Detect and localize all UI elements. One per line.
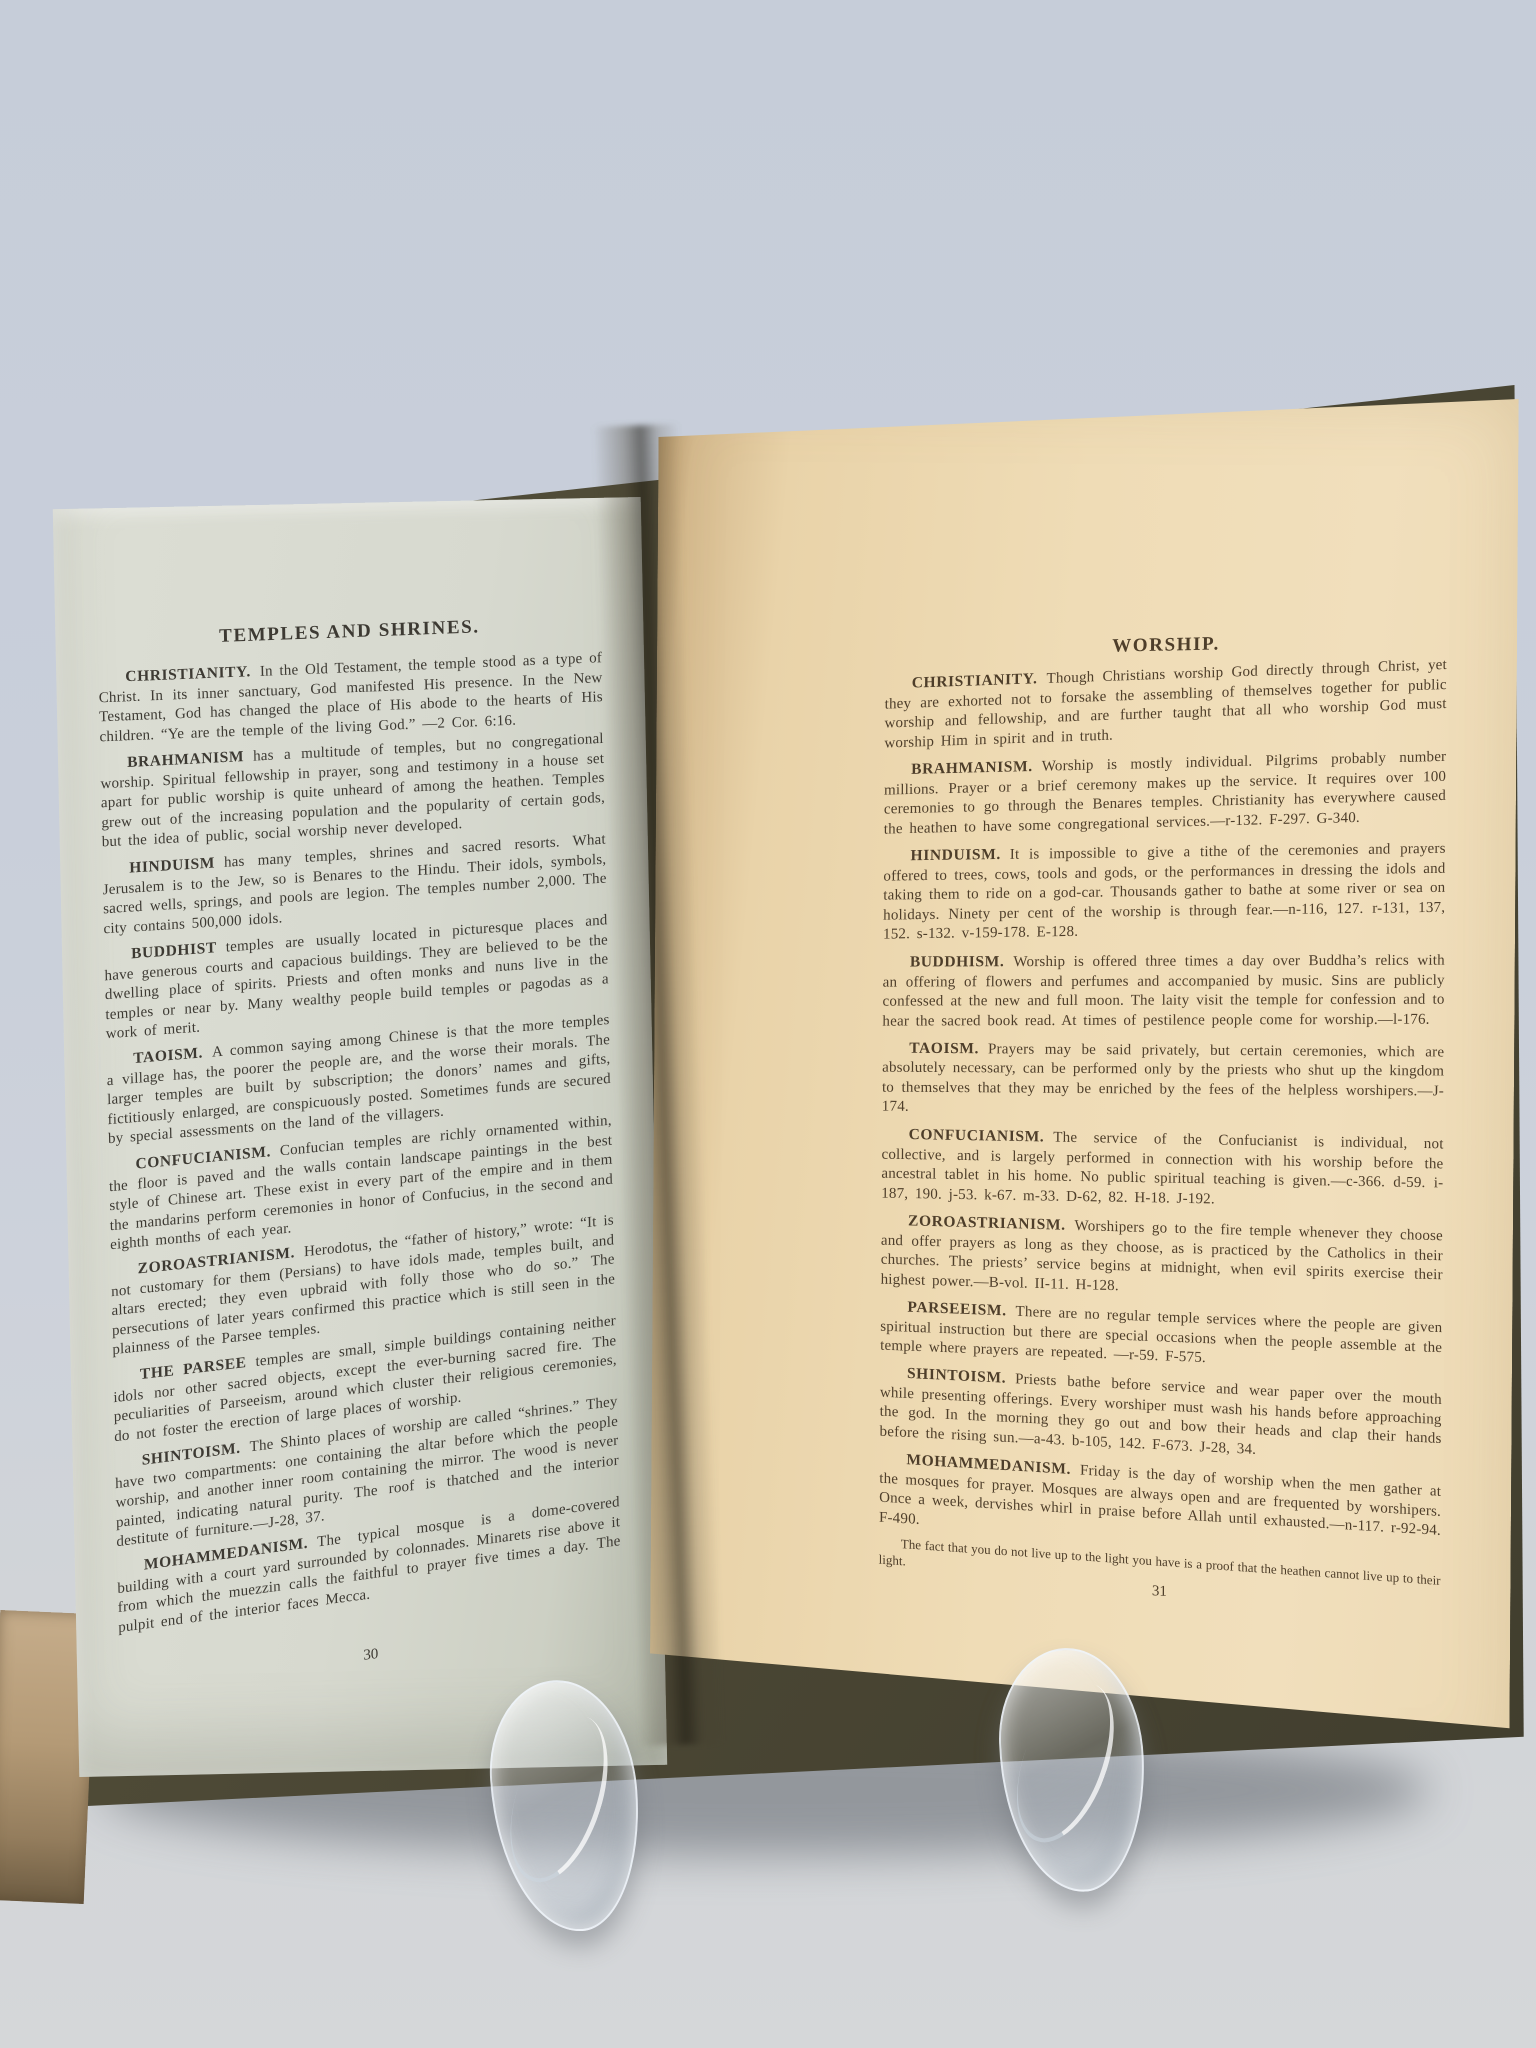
religion-heading: CONFUCIANISM. [909,1126,1045,1145]
religion-heading: BRAHMANISM. [911,758,1033,778]
religion-heading: TAOISM. [133,1044,203,1067]
left-page-title: TEMPLES AND SHRINES. [97,612,601,652]
acrylic-stand-left-foot [484,1675,643,1932]
religion-heading: CHRISTIANITY. [912,670,1038,691]
left-page: TEMPLES AND SHRINES. CHRISTIANITY.In the… [53,497,667,1777]
acrylic-stand-right-foot [996,1646,1144,1891]
acrylic-curl [996,1645,1148,1894]
book-photo-scene: TEMPLES AND SHRINES. CHRISTIANITY.In the… [0,0,1536,2048]
right-page-text: WORSHIP. CHRISTIANITY.Though Christians … [649,393,1519,1775]
entry-hinduism: HINDUISM.It is impossible to give a tith… [883,839,1446,945]
religion-heading: HINDUISM. [911,846,1001,864]
religion-heading: BRAHMANISM [127,748,244,771]
entry-body: In the Old Testament, the temple stood a… [99,650,603,745]
left-page-text: TEMPLES AND SHRINES. CHRISTIANITY.In the… [53,497,667,1777]
entry-body: has a multitude of temples, but no congr… [100,731,605,850]
religion-heading: SHINTOISM. [907,1365,1006,1387]
religion-heading: BUDDHISM. [910,953,1005,970]
entry-brahmanism: BRAHMANISM.Worship is mostly individual.… [884,747,1447,840]
religion-heading: CHRISTIANITY. [125,663,251,685]
entry-zoroastrianism: ZOROASTRIANISM.Worshipers go to the fire… [881,1210,1443,1305]
religion-heading: ZOROASTRIANISM. [908,1212,1066,1233]
right-page: WORSHIP. CHRISTIANITY.Though Christians … [649,393,1519,1775]
entry-taoism: TAOISM.Prayers may be said privately, bu… [882,1038,1445,1121]
entry-parseeism: PARSEEISM.There are no regular temple se… [880,1296,1442,1377]
religion-heading: PARSEEISM. [907,1298,1006,1319]
entry-body: Friday is the day of worship when the me… [879,1462,1441,1538]
religion-heading: HINDUISM [129,854,215,876]
religion-heading: TAOISM. [909,1039,979,1056]
acrylic-curl [484,1675,647,1937]
religion-heading: BUDDHIST [131,939,217,962]
entry-confucianism: CONFUCIANISM.The service of the Confucia… [881,1124,1443,1213]
entry-body: Though Christians worship God directly t… [884,657,1447,751]
entry-christianity: CHRISTIANITY.Though Christians worship G… [884,655,1447,754]
entry-buddhism: BUDDHISM.Worship is offered three times … [882,950,1445,1031]
